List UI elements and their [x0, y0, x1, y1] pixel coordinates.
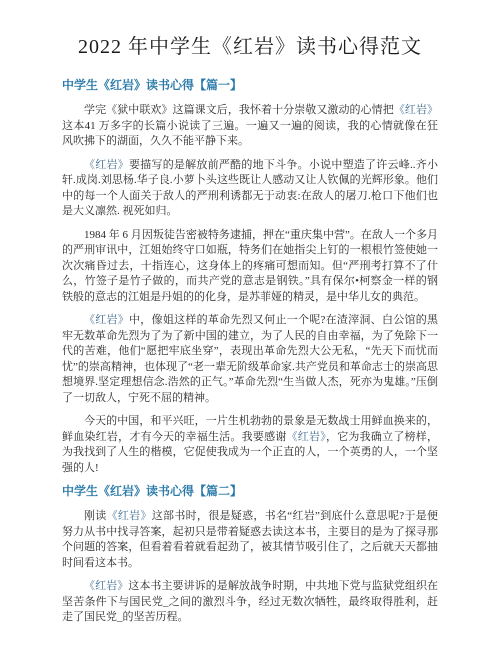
paragraph: 学完《狱中联欢》这篇课文后，我怀着十分崇敬又激动的心情把《红岩》这本41 万多字…	[62, 103, 438, 150]
paragraph-text: 这本41 万多字的长篇小说读了三遍。一遍又一遍的阅读，我的心情就像在狂风吹拂下的…	[62, 120, 438, 148]
document-content: 2022 年中学生《红岩》读书心得范文 中学生《红岩》读书心得【篇一】 学完《狱…	[0, 0, 500, 626]
section-two-body: 刚读《红岩》这部书时，很是疑惑，书名“红岩”到底什么意思呢?于是便努力从书中找寻…	[62, 509, 438, 626]
paragraph: 刚读《红岩》这部书时，很是疑惑，书名“红岩”到底什么意思呢?于是便努力从书中找寻…	[62, 509, 438, 571]
book-title-accent: 《红岩》	[107, 510, 152, 522]
section-one: 中学生《红岩》读书心得【篇一】 学完《狱中联欢》这篇课文后，我怀着十分崇敬又激动…	[62, 78, 438, 476]
paragraph-text: 中，像姐这样的革命先烈又何止一个呢?在渣滓洞、白公馆的黑牢无数革命先烈为了为了新…	[62, 314, 438, 404]
book-title-accent: 《红岩》	[394, 104, 438, 116]
document-title: 2022 年中学生《红岩》读书心得范文	[62, 32, 438, 62]
paragraph: 《红岩》要描写的是解放前严酷的地下斗争。小说中塑造了许云峰..齐小轩.成岗.刘思…	[62, 158, 438, 220]
paragraph: 《红岩》中，像姐这样的革命先烈又何止一个呢?在渣滓洞、白公馆的黑牢无数革命先烈为…	[62, 313, 438, 406]
document-page: 2022 年中学生《红岩》读书心得范文 中学生《红岩》读书心得【篇一】 学完《狱…	[0, 0, 500, 647]
book-title-accent: 《红岩》	[287, 431, 326, 443]
paragraph-text: 1984 年 6 月因叛徒告密被特务逮捕，押在“重庆集中营”。在敌人一个多月的严…	[62, 229, 438, 303]
paragraph: 今天的中国，和平兴旺，一片生机勃勃的景象是无数战士用鲜血换来的，鲜血染红岩，才有…	[62, 414, 438, 476]
paragraph-text: 学完《狱中联欢》这篇课文后，我怀着十分崇敬又激动的心情把	[84, 104, 394, 116]
section-two: 中学生《红岩》读书心得【篇二】 刚读《红岩》这部书时，很是疑惑，书名“红岩”到底…	[62, 484, 438, 626]
section-two-heading: 中学生《红岩》读书心得【篇二】	[62, 484, 438, 499]
section-one-body: 学完《狱中联欢》这篇课文后，我怀着十分崇敬又激动的心情把《红岩》这本41 万多字…	[62, 103, 438, 476]
paragraph-text: 刚读	[84, 510, 107, 522]
book-title-accent: 《红岩》	[84, 314, 129, 326]
section-one-heading: 中学生《红岩》读书心得【篇一】	[62, 78, 438, 93]
book-title-accent: 《红岩》	[84, 580, 128, 592]
book-title-accent: 《红岩》	[84, 159, 129, 171]
paragraph: 1984 年 6 月因叛徒告密被特务逮捕，押在“重庆集中营”。在敌人一个多月的严…	[62, 228, 438, 306]
paragraph: 《红岩》这本书主要讲诉的是解放战争时期，中共地下党与监狱党组织在坚苦条件下与国民…	[62, 579, 438, 626]
